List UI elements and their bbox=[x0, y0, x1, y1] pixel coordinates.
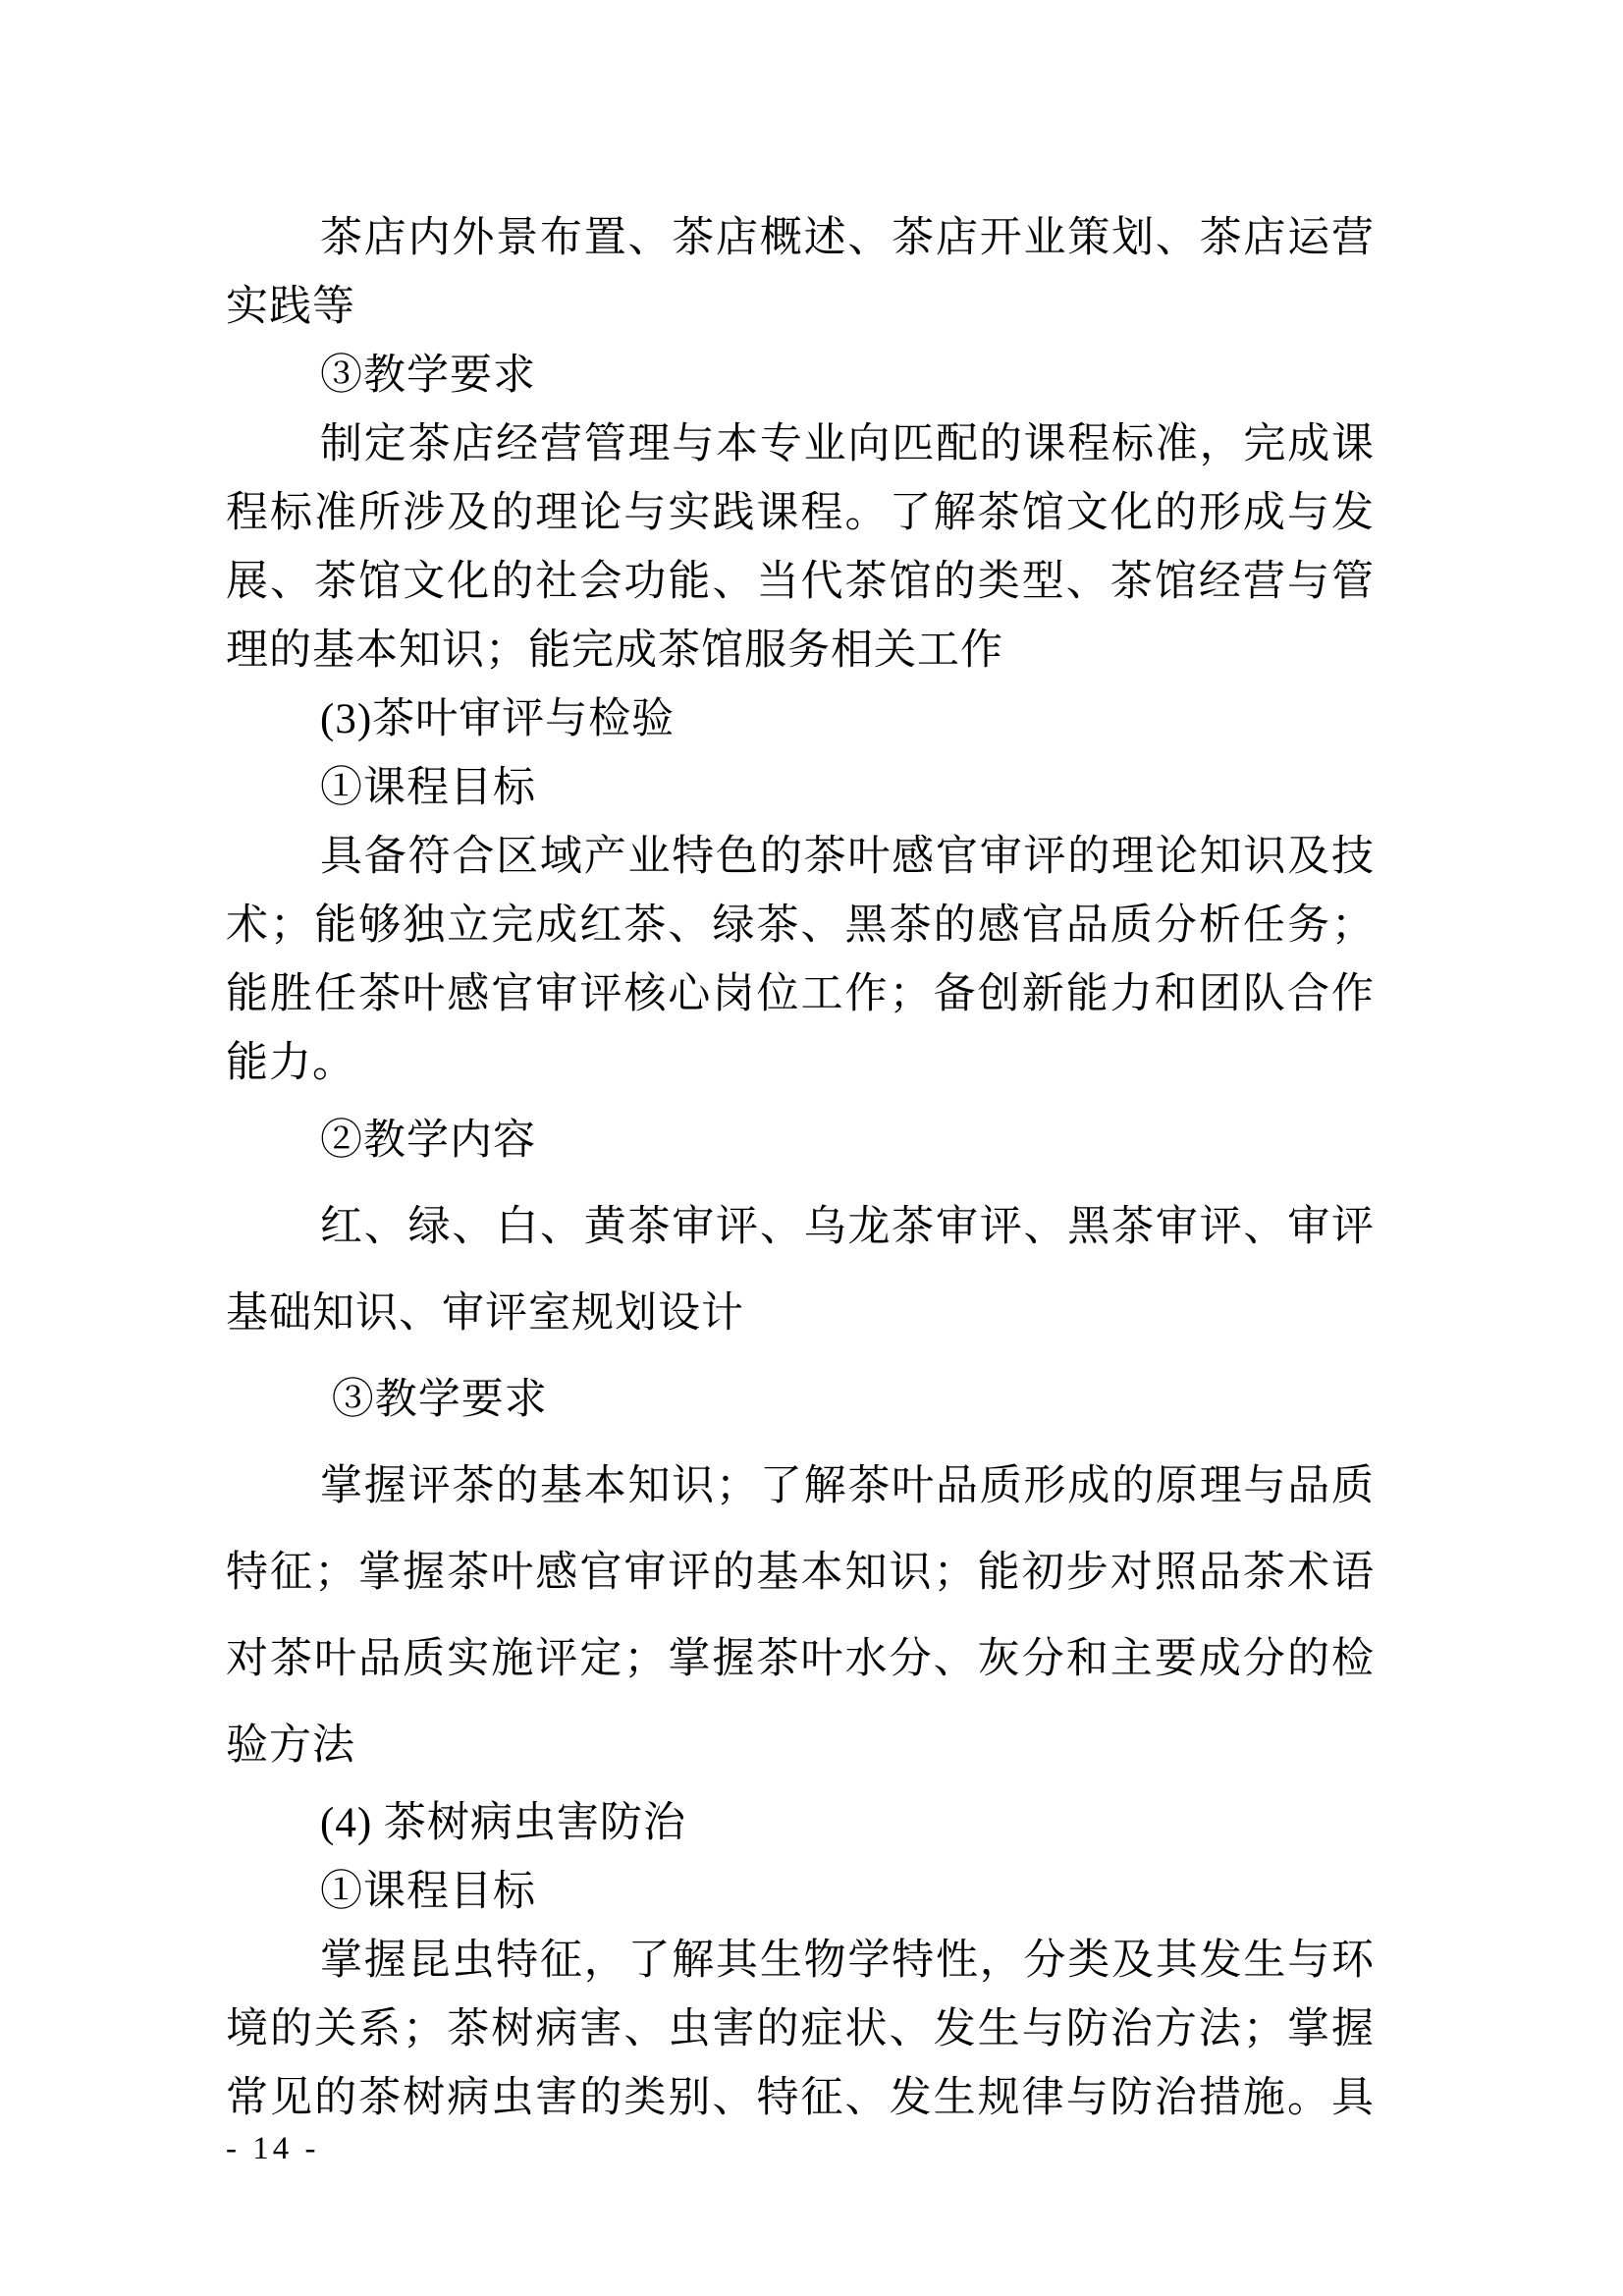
text-line: 常见的茶树病虫害的类别、特征、发生规律与防治措施。具 bbox=[226, 2064, 1375, 2133]
text-line: 红、绿、白、黄茶审评、乌龙茶审评、黑茶审评、审评 bbox=[226, 1184, 1375, 1271]
text-line: 实践等 bbox=[226, 273, 1375, 342]
text-line: 基础知识、审评室规划设计 bbox=[226, 1271, 1375, 1357]
text-line: 对茶叶品质实施评定；掌握茶叶水分、灰分和主要成分的检 bbox=[226, 1616, 1375, 1703]
text-line: ③教学要求 bbox=[226, 1357, 1375, 1444]
text-line: 特征；掌握茶叶感官审评的基本知识；能初步对照品茶术语 bbox=[226, 1530, 1375, 1616]
text-line: ③教学要求 bbox=[226, 342, 1375, 410]
document-page: 茶店内外景布置、茶店概述、茶店开业策划、茶店运营 实践等 ③教学要求 制定茶店经… bbox=[0, 0, 1623, 2296]
text-line: (3)茶叶审评与检验 bbox=[226, 685, 1375, 754]
text-line: 术；能够独立完成红茶、绿茶、黑茶的感官品质分析任务； bbox=[226, 892, 1375, 960]
text-line: 制定茶店经营管理与本专业向匹配的课程标准，完成课 bbox=[226, 410, 1375, 479]
text-line: 能胜任茶叶感官审评核心岗位工作；备创新能力和团队合作 bbox=[226, 960, 1375, 1029]
text-line: 具备符合区域产业特色的茶叶感官审评的理论知识及技 bbox=[226, 823, 1375, 892]
text-line: ①课程目标 bbox=[226, 754, 1375, 823]
text-line: (4) 茶树病虫害防治 bbox=[226, 1789, 1375, 1858]
text-line: 展、茶馆文化的社会功能、当代茶馆的类型、茶馆经营与管 bbox=[226, 548, 1375, 617]
text-line: ②教学内容 bbox=[226, 1098, 1375, 1184]
page-number: - 14 - bbox=[226, 2127, 319, 2170]
text-line: 境的关系；茶树病害、虫害的症状、发生与防治方法；掌握 bbox=[226, 1995, 1375, 2064]
text-line: 验方法 bbox=[226, 1703, 1375, 1789]
text-line: 能力。 bbox=[226, 1029, 1375, 1098]
text-line: 程标准所涉及的理论与实践课程。了解茶馆文化的形成与发 bbox=[226, 479, 1375, 548]
text-line: 掌握昆虫特征，了解其生物学特性，分类及其发生与环 bbox=[226, 1927, 1375, 1995]
text-line: 茶店内外景布置、茶店概述、茶店开业策划、茶店运营 bbox=[226, 204, 1375, 273]
text-line: ①课程目标 bbox=[226, 1858, 1375, 1927]
document-body: 茶店内外景布置、茶店概述、茶店开业策划、茶店运营 实践等 ③教学要求 制定茶店经… bbox=[226, 204, 1375, 2133]
text-line: 理的基本知识；能完成茶馆服务相关工作 bbox=[226, 617, 1375, 685]
text-line: 掌握评茶的基本知识；了解茶叶品质形成的原理与品质 bbox=[226, 1444, 1375, 1530]
